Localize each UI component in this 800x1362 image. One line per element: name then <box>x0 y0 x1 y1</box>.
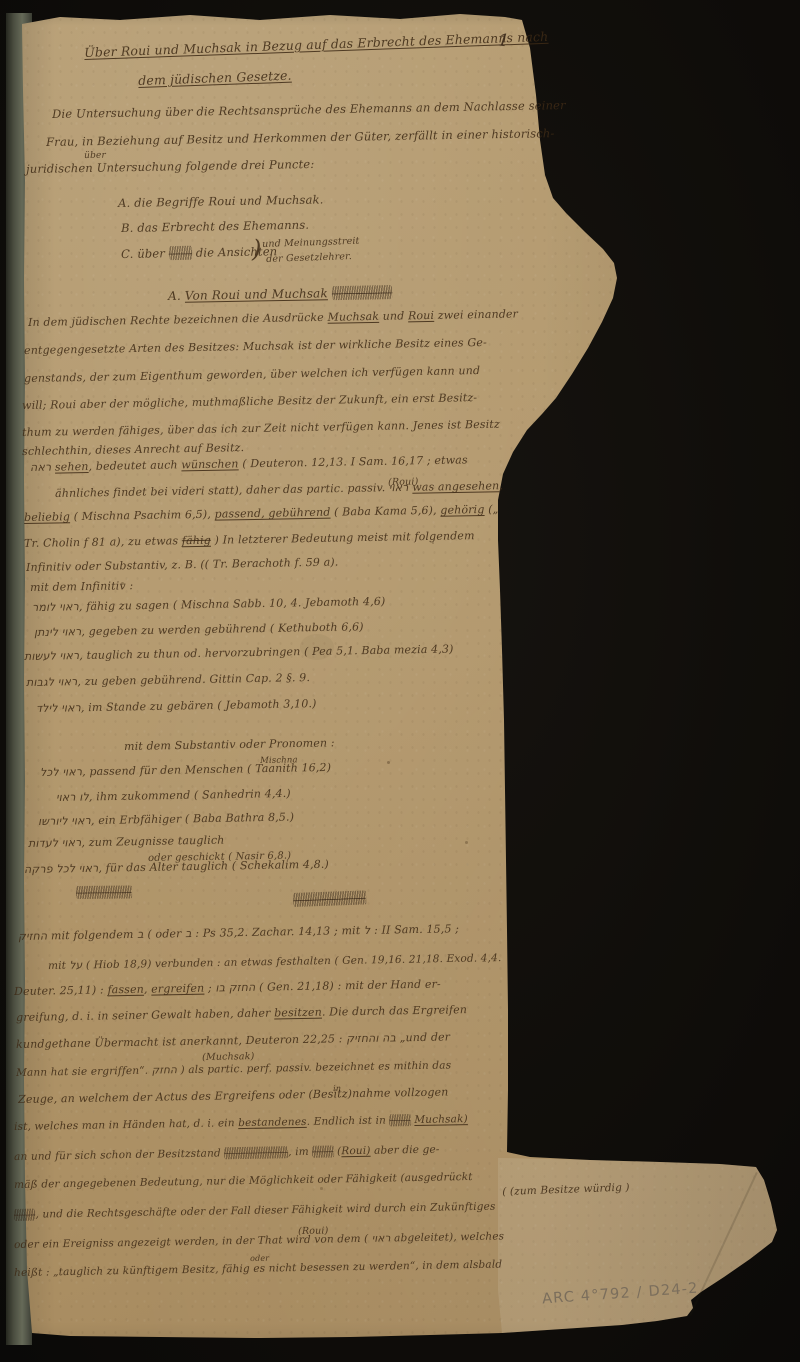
handwritten-line: will; Roui aber der mögliche, muthmaßlic… <box>22 392 477 413</box>
handwritten-line: ראוי לומר, fähig zu sagen ( Mischna Sabb… <box>32 596 386 615</box>
handwritten-line: an und für sich schon der Besitzstand ――… <box>14 1144 440 1163</box>
handwritten-line: In dem jüdischen Rechte bezeichnen die A… <box>28 308 518 329</box>
handwritten-line: beliebig ( Mischna Psachim 6,5), passend… <box>24 504 499 525</box>
handwritten-line: ) <box>252 236 262 264</box>
handwritten-line: schlechthin, dieses Anrecht auf Besitz. <box>22 442 244 459</box>
handwritten-line: Über Roui und Muchsak in Bezug auf das E… <box>84 30 549 61</box>
handwritten-line: החזיק mit folgendem ב ( oder ב : Ps 35,2… <box>18 923 459 943</box>
handwritten-line: (Roui) <box>388 477 419 488</box>
handwritten-line: ähnliches findet bei videri statt), dahe… <box>55 480 503 500</box>
handwritten-line: ist, welches man in Händen hat, d. i. ei… <box>14 1113 468 1133</box>
handwritten-line: Mischna <box>260 756 298 766</box>
handwritten-line: ―――――― <box>293 891 366 907</box>
handwritten-line: Die Untersuchung über die Rechtsansprüch… <box>52 99 566 121</box>
handwritten-line: mit dem Substantiv oder Pronomen : <box>124 737 335 753</box>
handwritten-line: ראוי לגבות, zu geben gebührend. Gittin C… <box>26 672 310 690</box>
handwritten-line: Frau, in Beziehung auf Besitz und Herkom… <box>46 127 555 149</box>
handwritten-line: dem jüdischen Gesetze. <box>138 69 292 89</box>
handwritten-line: oder <box>250 1254 269 1264</box>
handwritten-line: thum zu werden fähiges, über das ich zur… <box>22 419 500 440</box>
handwritten-line: genstands, der zum Eigenthum geworden, ü… <box>24 365 480 386</box>
handwritten-line: ראוי לעדות, zum Zeugnisse tauglich <box>28 835 225 851</box>
handwritten-line: ראוי לילד, im Stande zu gebären ( Jebamo… <box>36 698 317 716</box>
handwritten-line: kundgethane Übermacht ist anerkannt, Deu… <box>16 1031 450 1051</box>
handwritten-line: A. Von Roui und Muchsak ――――― <box>168 286 393 304</box>
handwritten-line: mit dem Infinitiv : <box>30 580 133 594</box>
handwritten-line: der Gesetzlehrer. <box>266 252 352 266</box>
handwritten-line: ――――― <box>76 887 132 900</box>
handwritten-line: juridischen Untersuchung folgende drei P… <box>26 158 314 176</box>
handwritten-line: entgegengesetzte Arten des Besitzes: Muc… <box>24 337 487 358</box>
handwritten-line: mit על ( Hiob 18,9) verbunden : an etwas… <box>48 952 502 972</box>
handwritten-line: ――, und die Rechtsgeschäfte oder der Fal… <box>14 1201 496 1221</box>
handwritten-line: ראוי לעשות, tauglich zu thun od. hervorz… <box>24 644 454 664</box>
handwriting-layer: Über Roui und Muchsak in Bezug auf das E… <box>0 0 800 1362</box>
handwritten-line: ( (zum Besitze würdig ) <box>502 1182 630 1199</box>
handwritten-line: ראוי לינתן, gegeben zu werden gebührend … <box>34 621 364 639</box>
handwritten-line: Tr. Cholin f 81 a), zu etwas fähig ) In … <box>24 530 475 551</box>
handwritten-line: mäß der angegebenen Bedeutung, nur die M… <box>14 1171 473 1191</box>
handwritten-line: B. das Erbrecht des Ehemanns. <box>121 219 309 235</box>
handwritten-line: greifung, d. i. in seiner Gewalt haben, … <box>16 1004 467 1025</box>
handwritten-line: ראוי לכל פרקה, für das Alter tauglich ( … <box>24 859 329 877</box>
handwritten-line: A. die Begriffe Roui und Muchsak. <box>118 193 324 210</box>
handwritten-line: und Meinungsstreit <box>262 237 360 251</box>
handwritten-line: (Roui) <box>298 1226 329 1237</box>
handwritten-line: ראה sehen, bedeutet auch wünschen ( Deut… <box>30 454 468 474</box>
handwritten-line: Zeuge, an welchem der Actus des Ergreife… <box>18 1086 449 1106</box>
handwritten-line: (Muchsak) <box>202 1052 255 1064</box>
handwritten-line: Infinitiv oder Substantiv, z. B. (( Tr. … <box>26 557 339 575</box>
handwritten-line: Deuter. 25,11) : fassen, ergreifen ; החז… <box>14 979 441 999</box>
handwritten-line: לו ראוי, ihm zukommend ( Sanhedrin 4,4.) <box>56 788 291 805</box>
handwritten-line: ראוי ליורשו, ein Erbfähiger ( Baba Bathr… <box>38 812 294 829</box>
handwritten-line: in <box>333 1084 341 1093</box>
handwritten-line: oder ein Ereigniss angezeigt werden, in … <box>14 1230 504 1251</box>
